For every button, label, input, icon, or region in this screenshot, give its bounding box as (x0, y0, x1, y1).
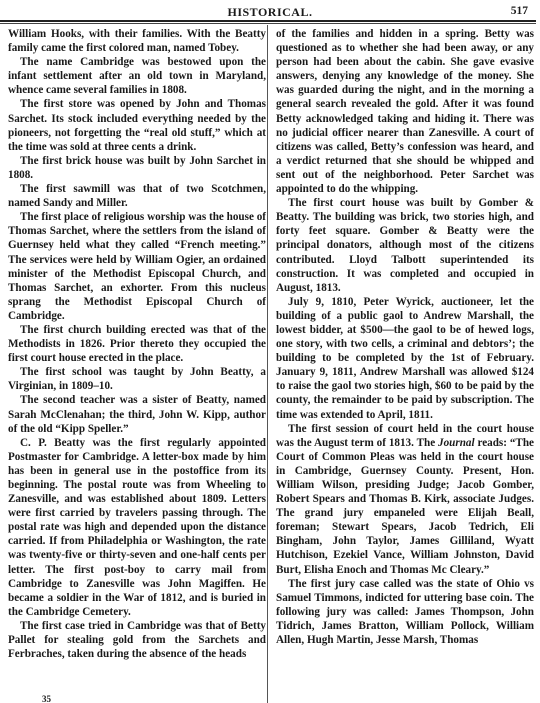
header-title: HISTORICAL. (0, 5, 540, 20)
header-rule-thin (0, 23, 536, 24)
paragraph: William Hooks, with their families. With… (8, 27, 266, 55)
running-header: HISTORICAL. 517 (0, 4, 540, 20)
column-divider (267, 25, 268, 703)
signature-mark: 35 (42, 694, 51, 703)
paragraph: The name Cambridge was bestowed upon the… (8, 55, 266, 97)
journal-italic: Journal (438, 437, 475, 449)
paragraph: The second teacher was a sister of Beatt… (8, 393, 266, 435)
header-rule-thick (0, 20, 536, 22)
paragraph: The first place of religious worship was… (8, 210, 266, 323)
paragraph: The first case tried in Cambridge was th… (8, 619, 266, 661)
paragraph: The first school was taught by John Beat… (8, 365, 266, 393)
paragraph: The first brick house was built by John … (8, 154, 266, 182)
paragraph: The first sawmill was that of two Scotch… (8, 182, 266, 210)
paragraph: July 9, 1810, Peter Wyrick, auctioneer, … (276, 295, 534, 422)
paragraph: of the families and hidden in a spring. … (276, 27, 534, 196)
paragraph: The first church building erected was th… (8, 323, 266, 365)
text-span: reads: “The Court of Common Pleas was he… (276, 437, 534, 576)
paragraph: C. P. Beatty was the first regularly app… (8, 436, 266, 619)
right-column: of the families and hidden in a spring. … (276, 27, 534, 647)
court-paragraph: The first session of court held in the c… (276, 422, 534, 577)
left-column: William Hooks, with their families. With… (8, 27, 266, 661)
paragraph: The first store was opened by John and T… (8, 97, 266, 153)
paragraph: The first jury case called was the state… (276, 577, 534, 647)
paragraph: The first court house was built by Gombe… (276, 196, 534, 295)
page-number: 517 (511, 5, 528, 17)
